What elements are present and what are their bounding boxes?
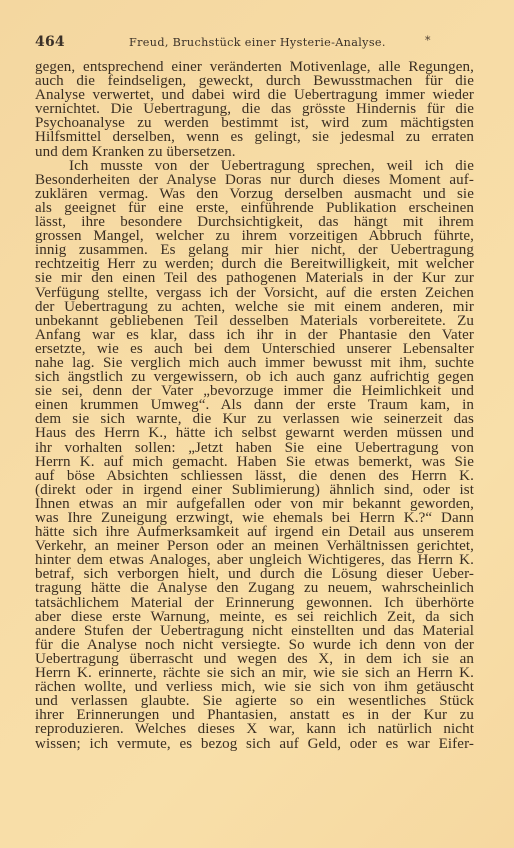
text-line: Analyse verwertet, und dabei wird die Ue… xyxy=(35,88,474,102)
text-line: und verlassen glaubte. Sie agierte so ei… xyxy=(35,694,474,708)
text-line: gegen, entsprechend einer veränderten Mo… xyxy=(35,60,474,74)
text-line: Haus des Herrn K., hätte ich selbst gewa… xyxy=(35,426,474,440)
paragraph-start-line: Ich musste von der Uebertragung sprechen… xyxy=(35,159,474,173)
text-line: aber diese erste Warnung, meinte, es sei… xyxy=(35,610,474,624)
text-line: ihr vorhalten sollen: „Jetzt haben Sie e… xyxy=(35,441,474,455)
text-line: Herrn K. erinnerte, rächte sie sich an m… xyxy=(35,666,474,680)
text-line: sie mir den einen Teil des pathogenen Ma… xyxy=(35,271,474,285)
text-line: sie sei, denn der Vater „bevorzuge immer… xyxy=(35,384,474,398)
text-line: hinter dem etwas Analoges, aber ungleich… xyxy=(35,553,474,567)
text-line: auch die feindseligen, geweckt, durch Be… xyxy=(35,74,474,88)
text-line: andere Stufen der Uebertragung nicht ein… xyxy=(35,624,474,638)
text-line: innig zusammen. Es gelang mir hier nicht… xyxy=(35,243,474,257)
text-line: Besonderheiten der Analyse Doras nur dur… xyxy=(35,173,474,187)
text-line: sich ängstlich zu vergewissern, ob ich a… xyxy=(35,370,474,384)
running-header: 464 Freud, Bruchstück einer Hysterie-Ana… xyxy=(35,34,475,54)
text-line: Anfang war es klar, dass ich ihr in der … xyxy=(35,328,474,342)
text-line: Uebertragung überrascht und wegen des X,… xyxy=(35,652,474,666)
text-line: zuklären vermag. Was den Vorzug derselbe… xyxy=(35,187,474,201)
text-line: Psychoanalyse zu werden bestimmt ist, wi… xyxy=(35,116,474,130)
text-line: dem sie sich warnte, die Kur zu verlasse… xyxy=(35,412,474,426)
text-line: lässt, ihre besondere Durchsichtigkeit, … xyxy=(35,215,474,229)
text-line: hätte sich ihre Aufmerksamkeit auf irgen… xyxy=(35,525,474,539)
text-line: Hilfsmittel derselben, wenn es gelingt, … xyxy=(35,130,474,144)
text-line: betraf, sich verborgen hielt, und durch … xyxy=(35,567,474,581)
text-line: für die Analyse noch nicht versiegte. So… xyxy=(35,638,474,652)
text-line: unbekannt gebliebenen Teil desselben Mat… xyxy=(35,314,474,328)
text-line: Herrn K. auf mich gemacht. Haben Sie etw… xyxy=(35,455,474,469)
text-line: tatsächlichem Material der Erinnerung ge… xyxy=(35,596,474,610)
text-line: vernichtet. Die Uebertragung, die das gr… xyxy=(35,102,474,116)
text-line: auf böse Absichten schliessen lässt, die… xyxy=(35,469,474,483)
text-line: als geeignet für eine erste, einführende… xyxy=(35,201,474,215)
page-number: 464 xyxy=(35,34,65,50)
text-line: was Ihre Zuneigung erzwingt, wie ehemals… xyxy=(35,511,474,525)
running-title: Freud, Bruchstück einer Hysterie-Analyse… xyxy=(129,36,386,49)
text-line: Verkehr, an meiner Person oder an meinen… xyxy=(35,539,474,553)
text-line: Verfügung stellte, vergass ich der Vorsi… xyxy=(35,286,474,300)
text-line: reproduzieren. Welches dieses X war, kan… xyxy=(35,722,474,736)
text-line: Ihnen etwas an mir aufgefallen oder von … xyxy=(35,497,474,511)
text-line: ersetzte, wie es auch bei dem Unterschie… xyxy=(35,342,474,356)
text-line: einen krummen Umweg“. Als dann der erste… xyxy=(35,398,474,412)
body-text: gegen, entsprechend einer veränderten Mo… xyxy=(35,60,475,751)
text-line: nahe lag. Sie verglich mich auch immer b… xyxy=(35,356,474,370)
book-page: 464 Freud, Bruchstück einer Hysterie-Ana… xyxy=(35,34,475,751)
text-line: grossen Mangel, welcher zu ihrem vorzeit… xyxy=(35,229,474,243)
text-line: der Uebertragung zu achten, welche sie m… xyxy=(35,300,474,314)
text-line: wissen; ich vermute, es bezog sich auf G… xyxy=(35,737,474,751)
printer-mark: * xyxy=(425,34,431,47)
text-line: tragung hätte die Analyse den Zugang zu … xyxy=(35,581,474,595)
text-line: rechtzeitig Herr zu werden; durch die Be… xyxy=(35,257,474,271)
text-line: ihrer Erinnerungen und Phantasien, ansta… xyxy=(35,708,474,722)
text-line: (direkt oder in irgend einer Sublimierun… xyxy=(35,483,474,497)
paragraph-end-line: und dem Kranken zu übersetzen. xyxy=(35,145,474,159)
text-line: rächen wollte, und verliess mich, wie si… xyxy=(35,680,474,694)
